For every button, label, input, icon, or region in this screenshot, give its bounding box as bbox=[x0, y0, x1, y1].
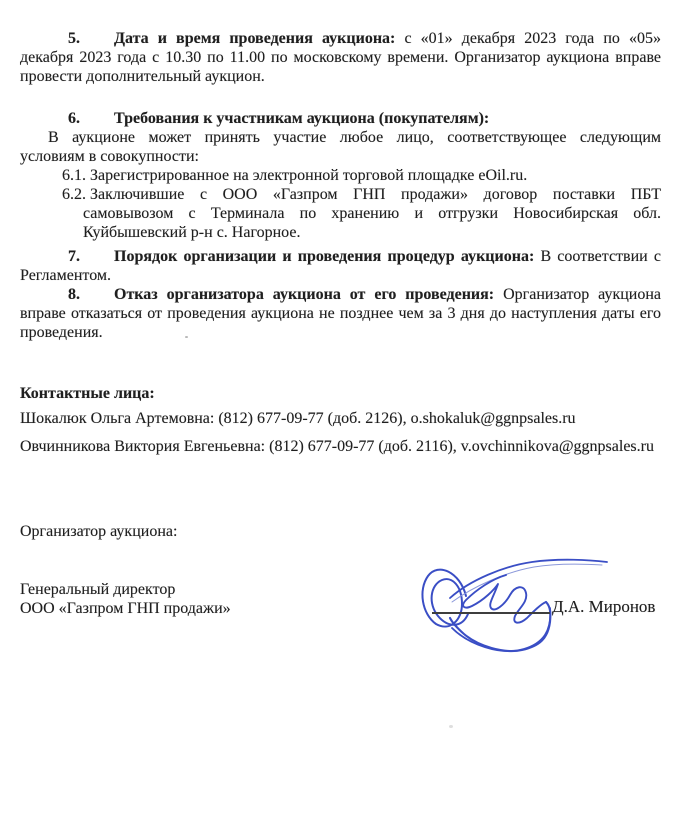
p6-heading: 6.Требования к участникам аукциона (поку… bbox=[20, 109, 661, 128]
p7-line1: 7.Порядок организации и проведения проце… bbox=[20, 247, 661, 266]
p7-title: Порядок организации и проведения процеду… bbox=[114, 248, 534, 265]
contact-person-1: Шокалюк Ольга Артемовна: (812) 677-09-77… bbox=[20, 409, 661, 428]
p8-title: Отказ организатора аукциона от его прове… bbox=[114, 286, 494, 303]
list-item-6-2-line2: самовывозом с Терминала по хранению и от… bbox=[20, 204, 661, 223]
signature-line bbox=[432, 612, 550, 614]
signature-stroke-left-loop bbox=[422, 570, 468, 627]
list-item-6-1: 6.1.Зарегистрированное на электронной то… bbox=[20, 166, 661, 185]
p5-line3: провести дополнительный аукцион. bbox=[20, 67, 661, 86]
paragraph-5: 5.Дата и время проведения аукциона: с «0… bbox=[20, 29, 661, 86]
paragraph-7: 7.Порядок организации и проведения проце… bbox=[20, 247, 661, 285]
p8-line2: вправе отказаться от проведения аукциона… bbox=[20, 304, 661, 323]
p8-text: Организатор аукциона bbox=[503, 286, 661, 303]
contacts-heading-text: Контактные лица: bbox=[20, 385, 155, 402]
list-text-6-1: Зарегистрированное на электронной торгов… bbox=[90, 167, 527, 184]
p6-intro-line1: В аукционе может принять участие любое л… bbox=[20, 128, 661, 147]
p7-text: В соответствии с bbox=[540, 248, 661, 265]
list-number-6-1: 6.1. bbox=[62, 166, 90, 185]
paragraph-8: 8.Отказ организатора аукциона от его про… bbox=[20, 285, 661, 342]
signer-name: Д.А. Миронов bbox=[552, 597, 655, 616]
p5-line1: 5.Дата и время проведения аукциона: с «0… bbox=[20, 29, 661, 48]
organizer-label: Организатор аукциона: bbox=[20, 522, 661, 541]
p8-number: 8. bbox=[68, 286, 80, 303]
scan-speck bbox=[449, 725, 453, 728]
p6-title: Требования к участникам аукциона (покупа… bbox=[114, 110, 489, 127]
contacts-heading: Контактные лица: bbox=[20, 384, 661, 403]
list-number-6-2: 6.2. bbox=[62, 185, 90, 204]
p8-line1: 8.Отказ организатора аукциона от его про… bbox=[20, 285, 661, 304]
p5-number: 5. bbox=[68, 30, 80, 47]
p5-line2: декабря 2023 года с 10.30 по 11.00 по мо… bbox=[20, 48, 661, 67]
p6-intro-line2: условиям в совокупности: bbox=[20, 147, 661, 166]
p6-number: 6. bbox=[68, 110, 80, 127]
scan-speck bbox=[185, 336, 188, 338]
p7-number: 7. bbox=[68, 248, 80, 265]
p5-title: Дата и время проведения аукциона: bbox=[114, 30, 395, 47]
paragraph-6: 6.Требования к участникам аукциона (поку… bbox=[20, 109, 661, 242]
list-item-6-2-line3: Куйбышевский р-н с. Нагорное. bbox=[20, 223, 661, 242]
p7-line2: Регламентом. bbox=[20, 266, 661, 285]
signature-stroke-zigzag bbox=[463, 575, 546, 623]
list-item-6-2-line1: 6.2.Заключившие с ООО «Газпром ГНП прода… bbox=[20, 185, 661, 204]
p6-intro-text: В аукционе может принять участие любое л… bbox=[48, 129, 661, 146]
list-text-6-2: Заключившие с ООО «Газпром ГНП продажи» … bbox=[90, 186, 661, 203]
contact-person-2: Овчинникова Виктория Евгеньевна: (812) 6… bbox=[20, 437, 661, 456]
p5-text: с «01» декабря 2023 года по «05» bbox=[404, 30, 661, 47]
p8-line3: проведения. bbox=[20, 323, 661, 342]
document-page: 5.Дата и время проведения аукциона: с «0… bbox=[0, 0, 680, 838]
